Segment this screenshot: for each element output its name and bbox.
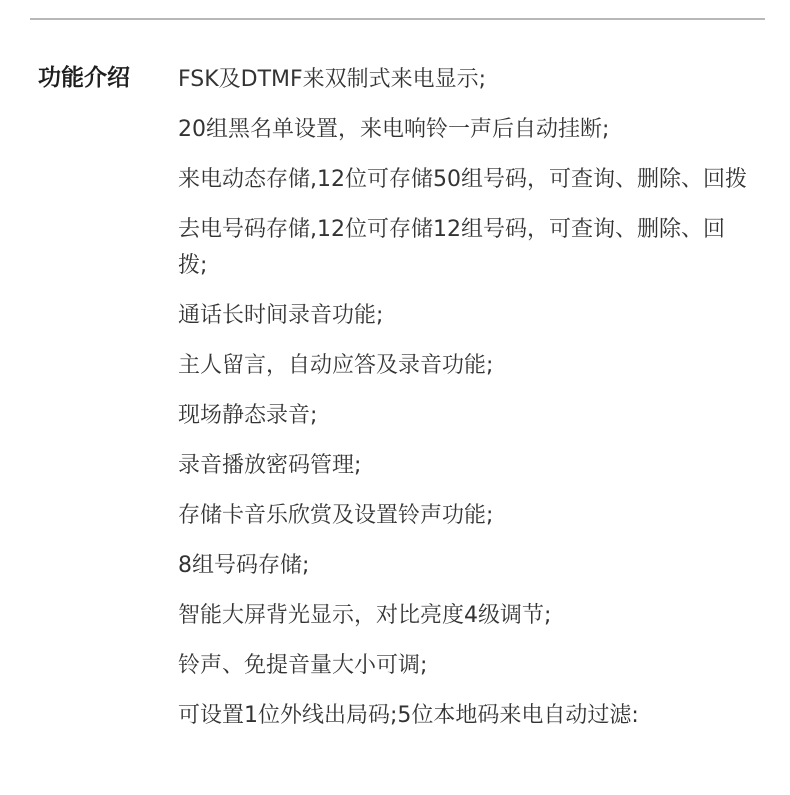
feature-item: 来电动态存储,12位可存储50组号码，可查询、删除、回拨 — [178, 162, 748, 198]
feature-item: 主人留言，自动应答及录音功能; — [178, 348, 748, 384]
feature-item: 通话长时间录音功能; — [178, 298, 748, 334]
feature-item: 存储卡音乐欣赏及设置铃声功能; — [178, 498, 748, 534]
feature-list: FSK及DTMF来双制式来电显示; 20组黑名单设置，来电响铃一声后自动挂断; … — [178, 62, 748, 748]
top-divider — [30, 18, 765, 20]
feature-item: 20组黑名单设置，来电响铃一声后自动挂断; — [178, 112, 748, 148]
section-label: 功能介绍 — [38, 62, 130, 94]
feature-item: 录音播放密码管理; — [178, 448, 748, 484]
feature-item: 可设置1位外线出局码;5位本地码来电自动过滤: — [178, 698, 748, 734]
feature-item: FSK及DTMF来双制式来电显示; — [178, 62, 748, 98]
feature-item: 去电号码存储,12位可存储12组号码，可查询、删除、回拨; — [178, 212, 748, 284]
feature-item: 铃声、免提音量大小可调; — [178, 648, 748, 684]
feature-item: 智能大屏背光显示，对比亮度4级调节; — [178, 598, 748, 634]
feature-item: 8组号码存储; — [178, 548, 748, 584]
feature-item: 现场静态录音; — [178, 398, 748, 434]
